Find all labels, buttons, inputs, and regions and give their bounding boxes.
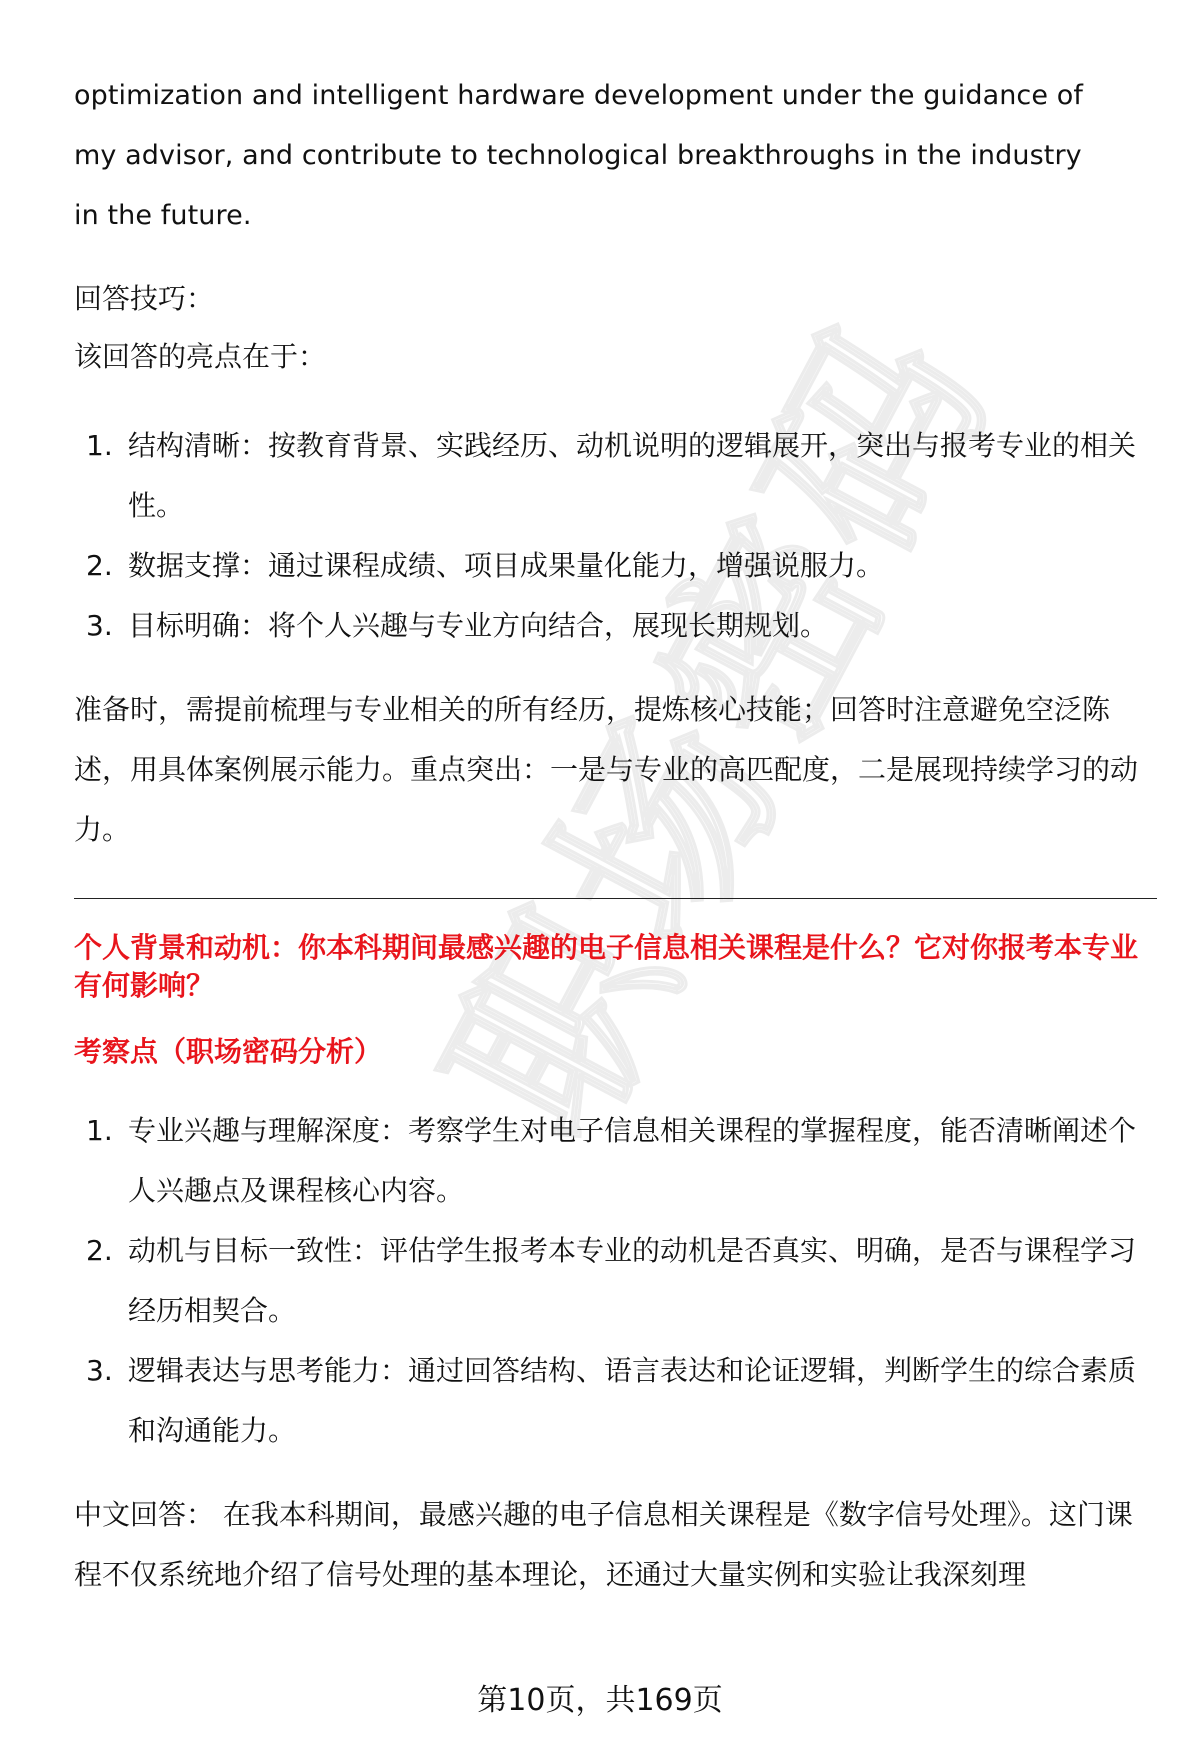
- chinese-answer: 中文回答： 在我本科期间，最感兴趣的电子信息相关课程是《数字信号处理》。这门课程…: [74, 1485, 1154, 1605]
- analysis-heading: 考察点（职场密码分析）: [74, 1033, 1154, 1071]
- text-line: in the future.: [74, 200, 252, 231]
- list-item: 1.专业兴趣与理解深度：考察学生对电子信息相关课程的掌握程度，能否清晰阐述个人兴…: [74, 1101, 1154, 1221]
- tips-heading: 回答技巧：: [74, 270, 1154, 328]
- list-item: 3.逻辑表达与思考能力：通过回答结构、语言表达和论证逻辑，判断学生的综合素质和沟…: [74, 1341, 1154, 1461]
- list-item: 3.目标明确：将个人兴趣与专业方向结合，展现长期规划。: [74, 596, 1154, 656]
- text-line: my advisor, and contribute to technologi…: [74, 140, 1082, 171]
- page-content: optimization and intelligent hardware de…: [74, 66, 1154, 1605]
- tips-intro: 该回答的亮点在于：: [74, 328, 1154, 386]
- question-title: 个人背景和动机：你本科期间最感兴趣的电子信息相关课程是什么？它对你报考本专业有何…: [74, 929, 1154, 1005]
- page-number: 第10页，共169页: [0, 1675, 1200, 1719]
- english-answer-continuation: optimization and intelligent hardware de…: [74, 66, 1154, 246]
- document-page: 职场密码 optimization and intelligent hardwa…: [0, 0, 1200, 1755]
- list-item: 2.数据支撑：通过课程成绩、项目成果量化能力，增强说服力。: [74, 536, 1154, 596]
- tips-advice: 准备时，需提前梳理与专业相关的所有经历，提炼核心技能；回答时注意避免空泛陈述，用…: [74, 680, 1154, 860]
- text-line: optimization and intelligent hardware de…: [74, 80, 1083, 111]
- list-item: 2.动机与目标一致性：评估学生报考本专业的动机是否真实、明确，是否与课程学习经历…: [74, 1221, 1154, 1341]
- list-item: 1.结构清晰：按教育背景、实践经历、动机说明的逻辑展开，突出与报考专业的相关性。: [74, 416, 1154, 536]
- analysis-points: 1.专业兴趣与理解深度：考察学生对电子信息相关课程的掌握程度，能否清晰阐述个人兴…: [74, 1101, 1154, 1461]
- tips-list: 1.结构清晰：按教育背景、实践经历、动机说明的逻辑展开，突出与报考专业的相关性。…: [74, 416, 1154, 656]
